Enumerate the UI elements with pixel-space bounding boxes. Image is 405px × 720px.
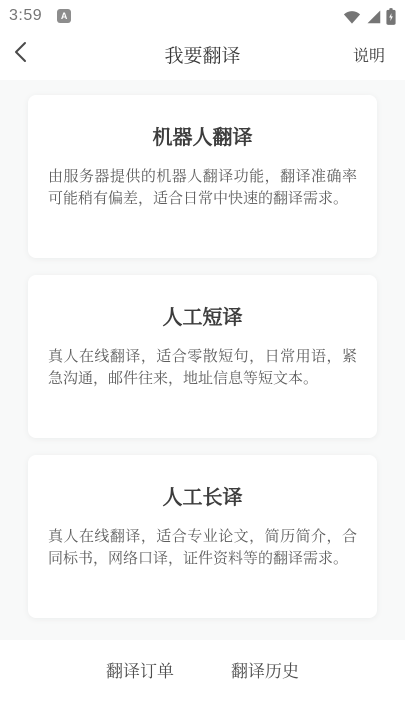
instructions-button[interactable]: 说明 (347, 39, 391, 70)
back-button[interactable] (14, 40, 42, 68)
status-bar-right (343, 8, 396, 25)
card-title: 机器人翻译 (48, 126, 357, 150)
translation-orders-link[interactable]: 翻译订单 (106, 662, 174, 682)
status-bar: 3:59 A (0, 0, 405, 28)
card-human-short-translation[interactable]: 人工短译 真人在线翻译，适合零散短句，日常用语，紧急沟通，邮件往来，地址信息等短… (28, 275, 377, 438)
page-title: 我要翻译 (0, 41, 405, 68)
wifi-icon (343, 9, 361, 24)
card-title: 人工短译 (48, 306, 357, 330)
app-screen: 3:59 A (0, 0, 405, 720)
footer-bar: 翻译订单 翻译历史 (0, 640, 405, 720)
translation-history-link[interactable]: 翻译历史 (231, 662, 299, 682)
signal-icon (366, 9, 381, 24)
card-robot-translation[interactable]: 机器人翻译 由服务器提供的机器人翻译功能，翻译准确率可能稍有偏差，适合日常中快速… (28, 95, 377, 258)
card-title: 人工长译 (48, 486, 357, 510)
content-area: 机器人翻译 由服务器提供的机器人翻译功能，翻译准确率可能稍有偏差，适合日常中快速… (0, 80, 405, 640)
nav-bar: 我要翻译 说明 (0, 28, 405, 80)
card-description: 由服务器提供的机器人翻译功能，翻译准确率可能稍有偏差，适合日常中快速的翻译需求。 (48, 166, 357, 210)
card-human-long-translation[interactable]: 人工长译 真人在线翻译，适合专业论文，简历简介，合同标书，网络口译，证件资料等的… (28, 455, 377, 618)
status-time: 3:59 (9, 7, 42, 25)
app-badge-icon: A (57, 9, 71, 23)
card-description: 真人在线翻译，适合专业论文，简历简介，合同标书，网络口译，证件资料等的翻译需求。 (48, 526, 357, 570)
chevron-left-icon (14, 41, 27, 68)
battery-icon (386, 8, 396, 25)
card-description: 真人在线翻译，适合零散短句，日常用语，紧急沟通，邮件往来，地址信息等短文本。 (48, 346, 357, 390)
